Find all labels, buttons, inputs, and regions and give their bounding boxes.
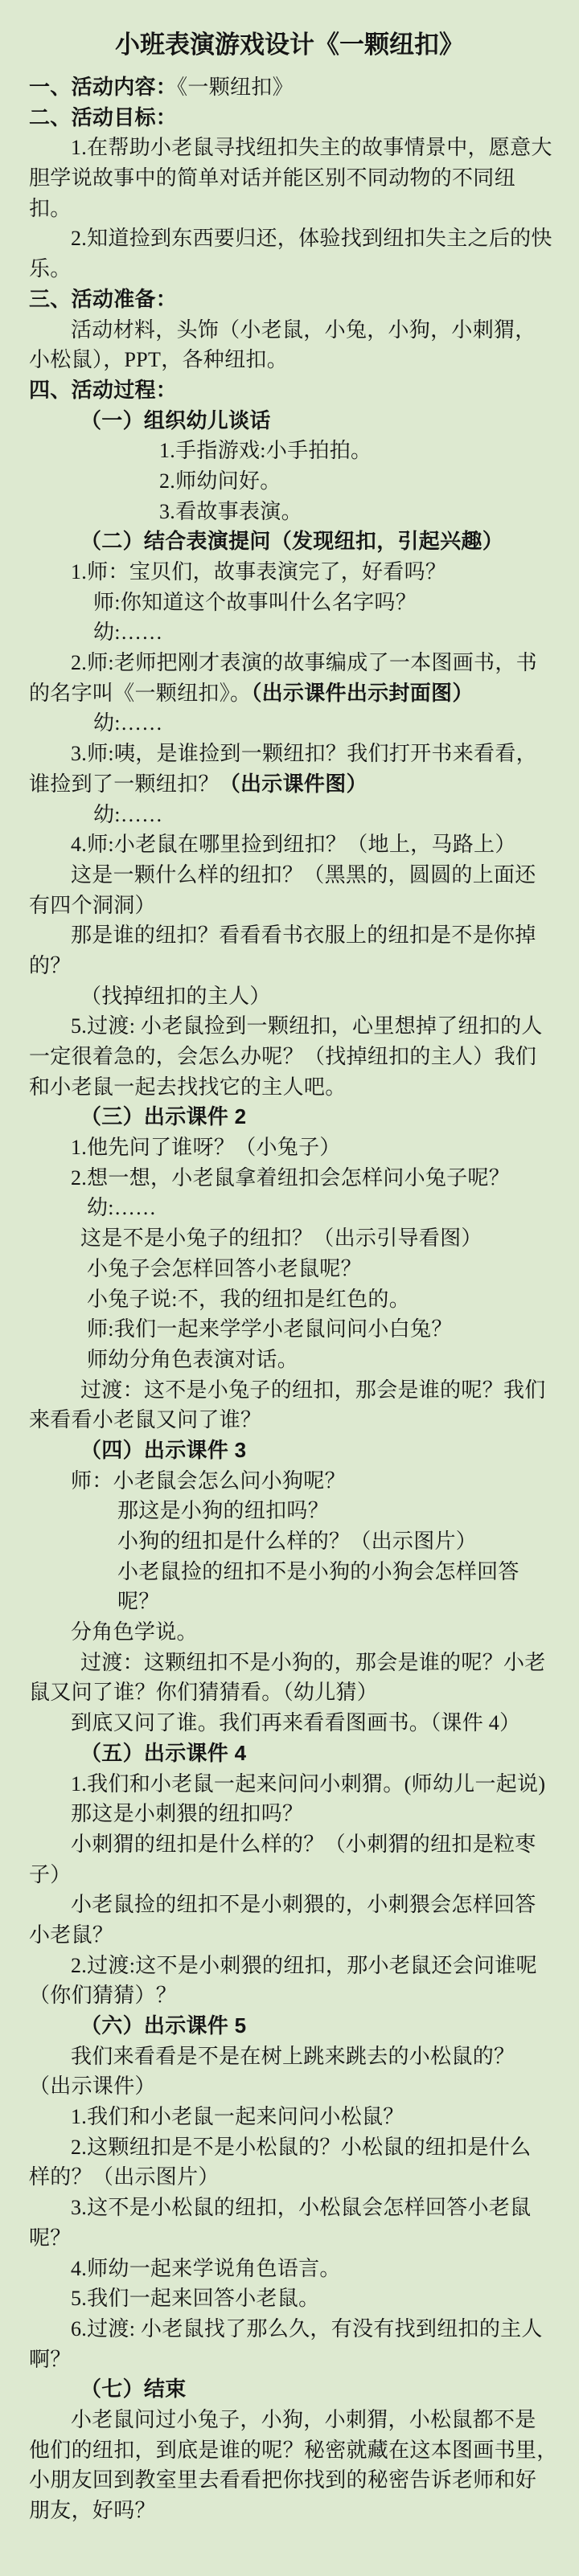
text-segment: 小老鼠问过小兔子，小狗，小刺猬，小松鼠都不是 — [71, 2408, 536, 2431]
text-segment-bold: （六）出示课件 5 — [80, 2013, 246, 2037]
text-line: 师：小老鼠会怎么问小狗呢？ — [71, 1466, 560, 1497]
text-segment: 小老鼠捡的纽扣不是小狗的小狗会怎样回答 — [117, 1560, 519, 1583]
text-line: 师幼分角色表演对话。 — [87, 1345, 560, 1375]
text-segment-bold: （五）出示课件 4 — [80, 1741, 246, 1765]
text-segment: 鼠又问了谁？你们猜猜看。（幼儿猜） — [29, 1681, 378, 1704]
text-line: 小兔子会怎样回答小老鼠呢？ — [87, 1254, 560, 1284]
text-line: 分角色学说。 — [71, 1617, 560, 1648]
text-line: 呢？ — [117, 1587, 560, 1617]
text-segment: 师:你知道这个故事叫什么名字吗？ — [93, 591, 417, 614]
text-line: 2.知道捡到东西要归还，体验找到纽扣失主之后的快 — [71, 223, 560, 254]
text-segment: 幼:…… — [93, 803, 162, 826]
text-segment: 有四个洞洞） — [29, 894, 156, 917]
text-line: （六）出示课件 5 — [80, 2011, 560, 2042]
document-title: 小班表演游戏设计《一颗纽扣》 — [0, 0, 579, 63]
text-segment: 1.手指游戏:小手拍拍。 — [159, 439, 372, 462]
text-line: 3.师:咦，是谁捡到一颗纽扣？我们打开书来看看， — [71, 739, 560, 769]
text-line: 2.这颗纽扣是不是小松鼠的？小松鼠的纽扣是什么 — [71, 2132, 560, 2163]
text-line: 那这是小狗的纽扣吗？ — [117, 1496, 560, 1526]
text-line: 过渡：这颗纽扣不是小狗的，那会是谁的呢？小老 — [80, 1648, 560, 1678]
text-line: 三、活动准备： — [29, 285, 560, 315]
text-line: 师:你知道这个故事叫什么名字吗？ — [93, 588, 560, 618]
text-line: 1.我们和小老鼠一起来问问小刺猬。(师幼儿一起说) — [71, 1769, 560, 1800]
text-segment-bold: 四、活动过程： — [29, 378, 177, 402]
text-segment: 6.过渡: 小老鼠找了那么久，有没有找到纽扣的主人 — [71, 2317, 543, 2341]
text-segment: 2.这颗纽扣是不是小松鼠的？小松鼠的纽扣是什么 — [71, 2136, 531, 2159]
text-segment: 3.看故事表演。 — [159, 500, 302, 523]
text-line: 小朋友回到教室里去看看把你找到的秘密告诉老师和好 — [29, 2465, 560, 2496]
text-segment: 幼:…… — [87, 1196, 156, 1219]
text-line: 扣。 — [29, 194, 560, 224]
text-segment: 小狗的纽扣是什么样的？（出示图片） — [117, 1530, 477, 1553]
text-segment: 4.师幼一起来学说角色语言。 — [71, 2257, 341, 2280]
text-line: （七）结束 — [80, 2374, 560, 2405]
text-line: 活动材料，头饰（小老鼠，小兔，小狗，小刺猬， — [71, 315, 560, 346]
text-segment: 扣。 — [29, 197, 72, 220]
text-line: 谁捡到了一颗纽扣？（出示课件图） — [29, 769, 560, 800]
text-line: 子） — [29, 1860, 560, 1890]
text-segment-bold: 三、活动准备： — [29, 287, 177, 311]
text-segment: 2.师幼问好。 — [159, 469, 281, 493]
text-segment: 师：小老鼠会怎么问小狗呢？ — [71, 1469, 346, 1493]
text-segment: 3.师:咦，是谁捡到一颗纽扣？我们打开书来看看， — [71, 742, 537, 765]
text-segment: 样的？（出示图片） — [29, 2165, 220, 2189]
text-segment-bold: （四）出示课件 3 — [80, 1438, 246, 1462]
text-line: 那这是小刺猥的纽扣吗？ — [71, 1799, 560, 1829]
text-line: 来看看小老鼠又问了谁？ — [29, 1405, 560, 1435]
text-line: 小兔子说:不，我的纽扣是红色的。 — [87, 1284, 560, 1315]
text-segment-bold: （二）结合表演提问（发现纽扣，引起兴趣） — [80, 529, 503, 553]
text-line: 小刺猬的纽扣是什么样的？（小刺猬的纽扣是粒枣 — [71, 1829, 560, 1860]
text-line: 1.师：宝贝们，故事表演完了，好看吗？ — [71, 557, 560, 588]
text-line: 4.师:小老鼠在哪里捡到纽扣？（地上，马路上） — [71, 829, 560, 860]
text-segment: 5.过渡: 小老鼠捡到一颗纽扣，心里想掉了纽扣的人 — [71, 1014, 543, 1038]
text-segment: 那这是小狗的纽扣吗？ — [117, 1499, 329, 1522]
text-line: 样的？（出示图片） — [29, 2162, 560, 2193]
text-line: 乐。 — [29, 254, 560, 285]
text-segment: 1.他先问了谁呀？（小兔子） — [71, 1136, 341, 1159]
text-segment: 小刺猬的纽扣是什么样的？（小刺猬的纽扣是粒枣 — [71, 1833, 536, 1856]
document-body: 一、活动内容：《一颗纽扣》二、活动目标：1.在帮助小老鼠寻找纽扣失主的故事情景中… — [29, 72, 560, 2526]
text-line: 到底又问了谁。我们再来看看图画书。（课件 4） — [71, 1708, 560, 1738]
text-segment: 《一颗纽扣》 — [177, 76, 294, 99]
text-segment: 小兔子说:不，我的纽扣是红色的。 — [87, 1288, 410, 1311]
text-segment: （出示课件） — [29, 2074, 156, 2098]
text-segment-bold: （七）结束 — [80, 2377, 187, 2401]
text-segment: 子） — [29, 1863, 72, 1886]
text-segment: 1.师：宝贝们，故事表演完了，好看吗？ — [71, 560, 446, 584]
text-segment: 呢？ — [117, 1590, 160, 1613]
text-segment: 1.在帮助小老鼠寻找纽扣失主的故事情景中，愿意大 — [71, 136, 552, 159]
text-segment: 我们来看看是不是在树上跳来跳去的小松鼠的？ — [71, 2045, 515, 2068]
text-segment: （你们猜猜）？ — [29, 1984, 177, 2007]
text-line: 小狗的纽扣是什么样的？（出示图片） — [117, 1526, 560, 1557]
text-segment: 那是谁的纽扣？看看看书衣服上的纽扣是不是你掉 — [71, 924, 536, 947]
text-line: 朋友，好吗？ — [29, 2496, 560, 2526]
text-line: 二、活动目标： — [29, 103, 560, 133]
text-line: 一、活动内容：《一颗纽扣》 — [29, 72, 560, 103]
text-segment: 呢？ — [29, 2226, 72, 2250]
text-line: 1.他先问了谁呀？（小兔子） — [71, 1132, 560, 1163]
text-segment: 小老鼠？ — [29, 1923, 113, 1947]
text-line: 3.看故事表演。 — [159, 497, 560, 527]
text-line: 幼:…… — [93, 708, 560, 739]
text-segment: 胆学说故事中的简单对话并能区别不同动物的不同纽 — [29, 166, 515, 190]
text-line: （二）结合表演提问（发现纽扣，引起兴趣） — [80, 526, 560, 557]
document-page: 小班表演游戏设计《一颗纽扣》 一、活动内容：《一颗纽扣》二、活动目标：1.在帮助… — [0, 0, 579, 2576]
text-segment: 2.想一想，小老鼠拿着纽扣会怎样问小兔子呢？ — [71, 1166, 510, 1190]
text-line: 幼:…… — [87, 1193, 560, 1223]
text-segment: 到底又问了谁。我们再来看看图画书。（课件 4） — [71, 1711, 520, 1734]
text-segment: 过渡：这不是小兔子的纽扣，那会是谁的呢？我们 — [80, 1378, 546, 1402]
text-line: （出示课件） — [29, 2071, 560, 2102]
text-line: 幼:…… — [93, 617, 560, 648]
text-segment: 一定很着急的，会怎么办呢？（找掉纽扣的主人）我们 — [29, 1045, 536, 1068]
text-line: 这是一颗什么样的纽扣？（黑黑的，圆圆的上面还 — [71, 860, 560, 891]
text-line: 4.师幼一起来学说角色语言。 — [71, 2254, 560, 2284]
text-line: 2.师幼问好。 — [159, 466, 560, 497]
text-line: 和小老鼠一起去找找它的主人吧。 — [29, 1072, 560, 1103]
text-line: （找掉纽扣的主人） — [80, 981, 560, 1012]
text-segment: 的？ — [29, 954, 72, 977]
text-segment: （找掉纽扣的主人） — [80, 985, 271, 1008]
text-line: 呢？ — [29, 2223, 560, 2254]
text-line: 鼠又问了谁？你们猜猜看。（幼儿猜） — [29, 1677, 560, 1708]
text-segment: 2.师:老师把刚才表演的故事编成了一本图画书，书 — [71, 651, 537, 674]
text-line: 2.过渡:这不是小刺猥的纽扣，那小老鼠还会问谁呢 — [71, 1951, 560, 1981]
text-segment: 小朋友回到教室里去看看把你找到的秘密告诉老师和好 — [29, 2468, 536, 2492]
text-segment: 幼:…… — [93, 620, 162, 644]
text-line: 3.这不是小松鼠的纽扣，小松鼠会怎样回答小老鼠 — [71, 2193, 560, 2223]
text-line: （三）出示课件 2 — [80, 1102, 560, 1132]
text-segment: 那这是小刺猥的纽扣吗？ — [71, 1802, 303, 1825]
text-line: 小老鼠捡的纽扣不是小狗的小狗会怎样回答 — [117, 1557, 560, 1587]
text-line: 我们来看看是不是在树上跳来跳去的小松鼠的？ — [71, 2042, 560, 2072]
text-line: 5.过渡: 小老鼠捡到一颗纽扣，心里想掉了纽扣的人 — [71, 1011, 560, 1042]
text-segment-bold: （出示课件出示封面图） — [251, 681, 473, 705]
text-line: 这是不是小兔子的纽扣？（出示引导看图） — [80, 1223, 560, 1254]
text-line: 的？ — [29, 951, 560, 981]
text-line: 过渡：这不是小兔子的纽扣，那会是谁的呢？我们 — [80, 1375, 560, 1406]
text-segment: 小松鼠），PPT，各种纽扣。 — [29, 348, 288, 371]
text-segment: 啊？ — [29, 2348, 72, 2371]
text-segment: 3.这不是小松鼠的纽扣，小松鼠会怎样回答小老鼠 — [71, 2196, 531, 2219]
text-segment: 乐。 — [29, 257, 72, 281]
text-segment: 分角色学说。 — [71, 1620, 198, 1644]
text-line: （五）出示课件 4 — [80, 1738, 560, 1769]
text-line: 小老鼠问过小兔子，小狗，小刺猬，小松鼠都不是 — [71, 2405, 560, 2435]
text-line: 小老鼠？ — [29, 1920, 560, 1951]
text-segment: 1.我们和小老鼠一起来问问小松鼠？ — [71, 2105, 404, 2128]
text-line: 2.想一想，小老鼠拿着纽扣会怎样问小兔子呢？ — [71, 1163, 560, 1194]
text-line: 啊？ — [29, 2345, 560, 2375]
text-line: 6.过渡: 小老鼠找了那么久，有没有找到纽扣的主人 — [71, 2314, 560, 2345]
text-line: 四、活动过程： — [29, 375, 560, 406]
text-segment-bold: （一）组织幼儿谈话 — [80, 408, 271, 432]
text-line: 1.手指游戏:小手拍拍。 — [159, 436, 560, 466]
text-segment: 活动材料，头饰（小老鼠，小兔，小狗，小刺猬， — [71, 318, 536, 342]
text-segment: 2.过渡:这不是小刺猥的纽扣，那小老鼠还会问谁呢 — [71, 1954, 537, 1977]
text-segment: 幼:…… — [93, 711, 162, 735]
text-segment: 谁捡到了一颗纽扣？ — [29, 772, 220, 796]
text-segment-bold: 二、活动目标： — [29, 105, 177, 129]
text-segment: 小兔子会怎样回答小老鼠呢？ — [87, 1257, 362, 1280]
text-segment-bold: （出示课件图） — [220, 772, 368, 796]
text-segment: 来看看小老鼠又问了谁？ — [29, 1408, 261, 1431]
text-segment-bold: （三）出示课件 2 — [80, 1104, 246, 1128]
text-segment: 师:我们一起来学学小老鼠问问小白兔？ — [87, 1317, 453, 1341]
text-segment: 的名字叫《一颗纽扣》。 — [29, 682, 251, 705]
text-line: 师:我们一起来学学小老鼠问问小白兔？ — [87, 1314, 560, 1345]
text-segment: 5.我们一起来回答小老鼠。 — [71, 2287, 319, 2310]
text-line: 有四个洞洞） — [29, 891, 560, 921]
text-segment: 小老鼠捡的纽扣不是小刺猥的，小刺猥会怎样回答 — [71, 1893, 536, 1916]
text-segment: 和小老鼠一起去找找它的主人吧。 — [29, 1075, 347, 1099]
text-line: 1.在帮助小老鼠寻找纽扣失主的故事情景中，愿意大 — [71, 133, 560, 163]
text-segment: 这是一颗什么样的纽扣？（黑黑的，圆圆的上面还 — [71, 863, 536, 887]
text-line: 一定很着急的，会怎么办呢？（找掉纽扣的主人）我们 — [29, 1042, 560, 1072]
text-segment: 过渡：这颗纽扣不是小狗的，那会是谁的呢？小老 — [80, 1651, 546, 1674]
text-segment: 4.师:小老鼠在哪里捡到纽扣？（地上，马路上） — [71, 833, 516, 856]
text-line: 那是谁的纽扣？看看看书衣服上的纽扣是不是你掉 — [71, 920, 560, 951]
text-segment: 1.我们和小老鼠一起来问问小刺猬。(师幼儿一起说) — [71, 1772, 545, 1796]
text-segment: 朋友，好吗？ — [29, 2499, 156, 2522]
text-line: （四）出示课件 3 — [80, 1435, 560, 1466]
text-line: （你们猜猜）？ — [29, 1980, 560, 2011]
text-line: 胆学说故事中的简单对话并能区别不同动物的不同纽 — [29, 163, 560, 194]
text-line: 的名字叫《一颗纽扣》。（出示课件出示封面图） — [29, 678, 560, 709]
text-line: 他们的纽扣，到底是谁的呢？秘密就藏在这本图画书里， — [29, 2435, 560, 2466]
text-line: 5.我们一起来回答小老鼠。 — [71, 2283, 560, 2314]
text-segment: 这是不是小兔子的纽扣？（出示引导看图） — [80, 1227, 482, 1250]
text-line: 小松鼠），PPT，各种纽扣。 — [29, 345, 560, 375]
text-line: 幼:…… — [93, 800, 560, 830]
text-line: 1.我们和小老鼠一起来问问小松鼠？ — [71, 2102, 560, 2132]
text-line: 2.师:老师把刚才表演的故事编成了一本图画书，书 — [71, 648, 560, 678]
text-segment: 师幼分角色表演对话。 — [87, 1348, 298, 1371]
text-segment-bold: 一、活动内容： — [29, 75, 177, 99]
text-segment: 2.知道捡到东西要归还，体验找到纽扣失主之后的快 — [71, 227, 552, 250]
text-segment: 他们的纽扣，到底是谁的呢？秘密就藏在这本图画书里， — [29, 2439, 558, 2462]
text-line: 小老鼠捡的纽扣不是小刺猥的，小刺猥会怎样回答 — [71, 1890, 560, 1920]
text-line: （一）组织幼儿谈话 — [80, 406, 560, 436]
